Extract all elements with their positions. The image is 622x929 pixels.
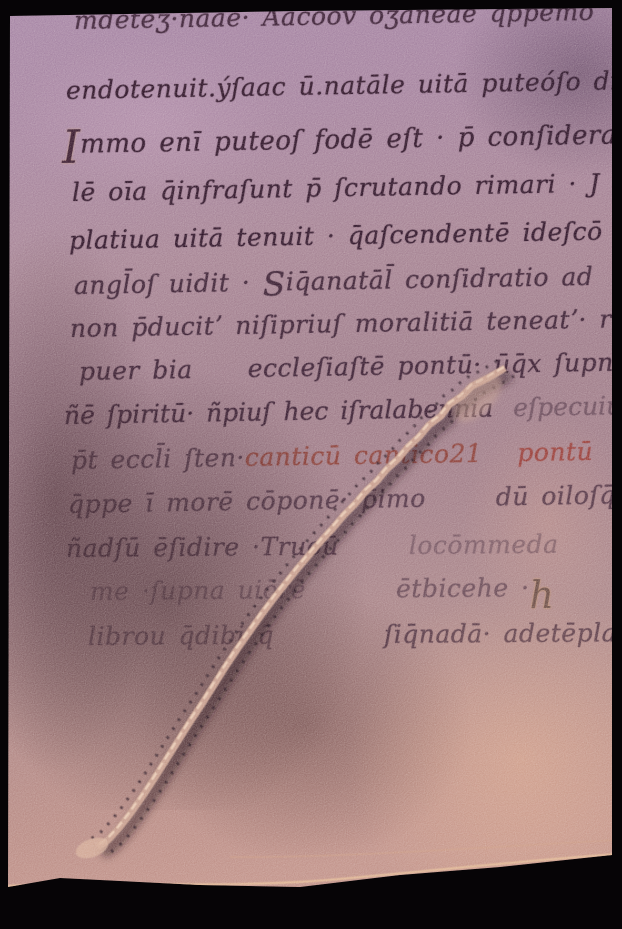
text-gap	[426, 506, 496, 507]
text-gap	[306, 597, 396, 598]
line-segment: angl̄oſ uidit ·	[74, 268, 263, 300]
manuscript-line-14: librou q̄dibi q̄ſiq̄nadā· adetēplat	[88, 618, 622, 651]
line-segment: librou q̄dibi q̄	[88, 621, 274, 651]
parchment-page: mdeteʒ·naae· Aacoov oʒaneaē qp̄pemō endo…	[0, 0, 622, 929]
manuscript-photograph: mdeteʒ·naae· Aacoov oʒaneaē qp̄pemō endo…	[0, 0, 622, 929]
text-gap	[193, 377, 248, 378]
text-gap	[482, 461, 517, 462]
rubric-text: pontū	[517, 437, 593, 467]
text-gap	[339, 554, 409, 555]
line-segment: dū oiloſq̄	[495, 480, 615, 511]
line-segment: locōmmeda	[409, 530, 559, 560]
line-segment: ſiq̄nadā· adetēplat	[384, 618, 622, 649]
initial-letter-S: S	[262, 264, 286, 303]
rubric-text: canticū cantico21	[245, 439, 483, 472]
line-segment: mmo enī puteoſ fodē eſt · p̄ conſiderati…	[80, 119, 622, 160]
line-segment: me ·ſupna uiōrē	[90, 575, 306, 606]
initial-letter-h: h	[529, 573, 554, 617]
initial-letter-I: I	[62, 120, 81, 174]
manuscript-line-3: Immo enī puteoſ fodē eſt · p̄ conſiderat…	[62, 109, 622, 174]
manuscript-line-13: me ·ſupna uiōrēētbicehe ·h	[90, 573, 555, 621]
line-segment: eſpecuiuſ	[513, 391, 622, 422]
line-segment: iq̄anatāl̄ conſidratio ad	[286, 262, 594, 296]
manuscript-line-12: ñadſū ēſidire ·Truoūlocōmmeda	[66, 530, 559, 563]
line-segment: p̄t eccl̄i ſten·	[71, 443, 245, 475]
line-segment: ētbicehe ·	[396, 573, 530, 603]
line-segment: puer bia	[79, 355, 193, 386]
text-gap	[274, 643, 384, 644]
line-segment: ñadſū ēſidire ·Truoū	[66, 532, 339, 563]
